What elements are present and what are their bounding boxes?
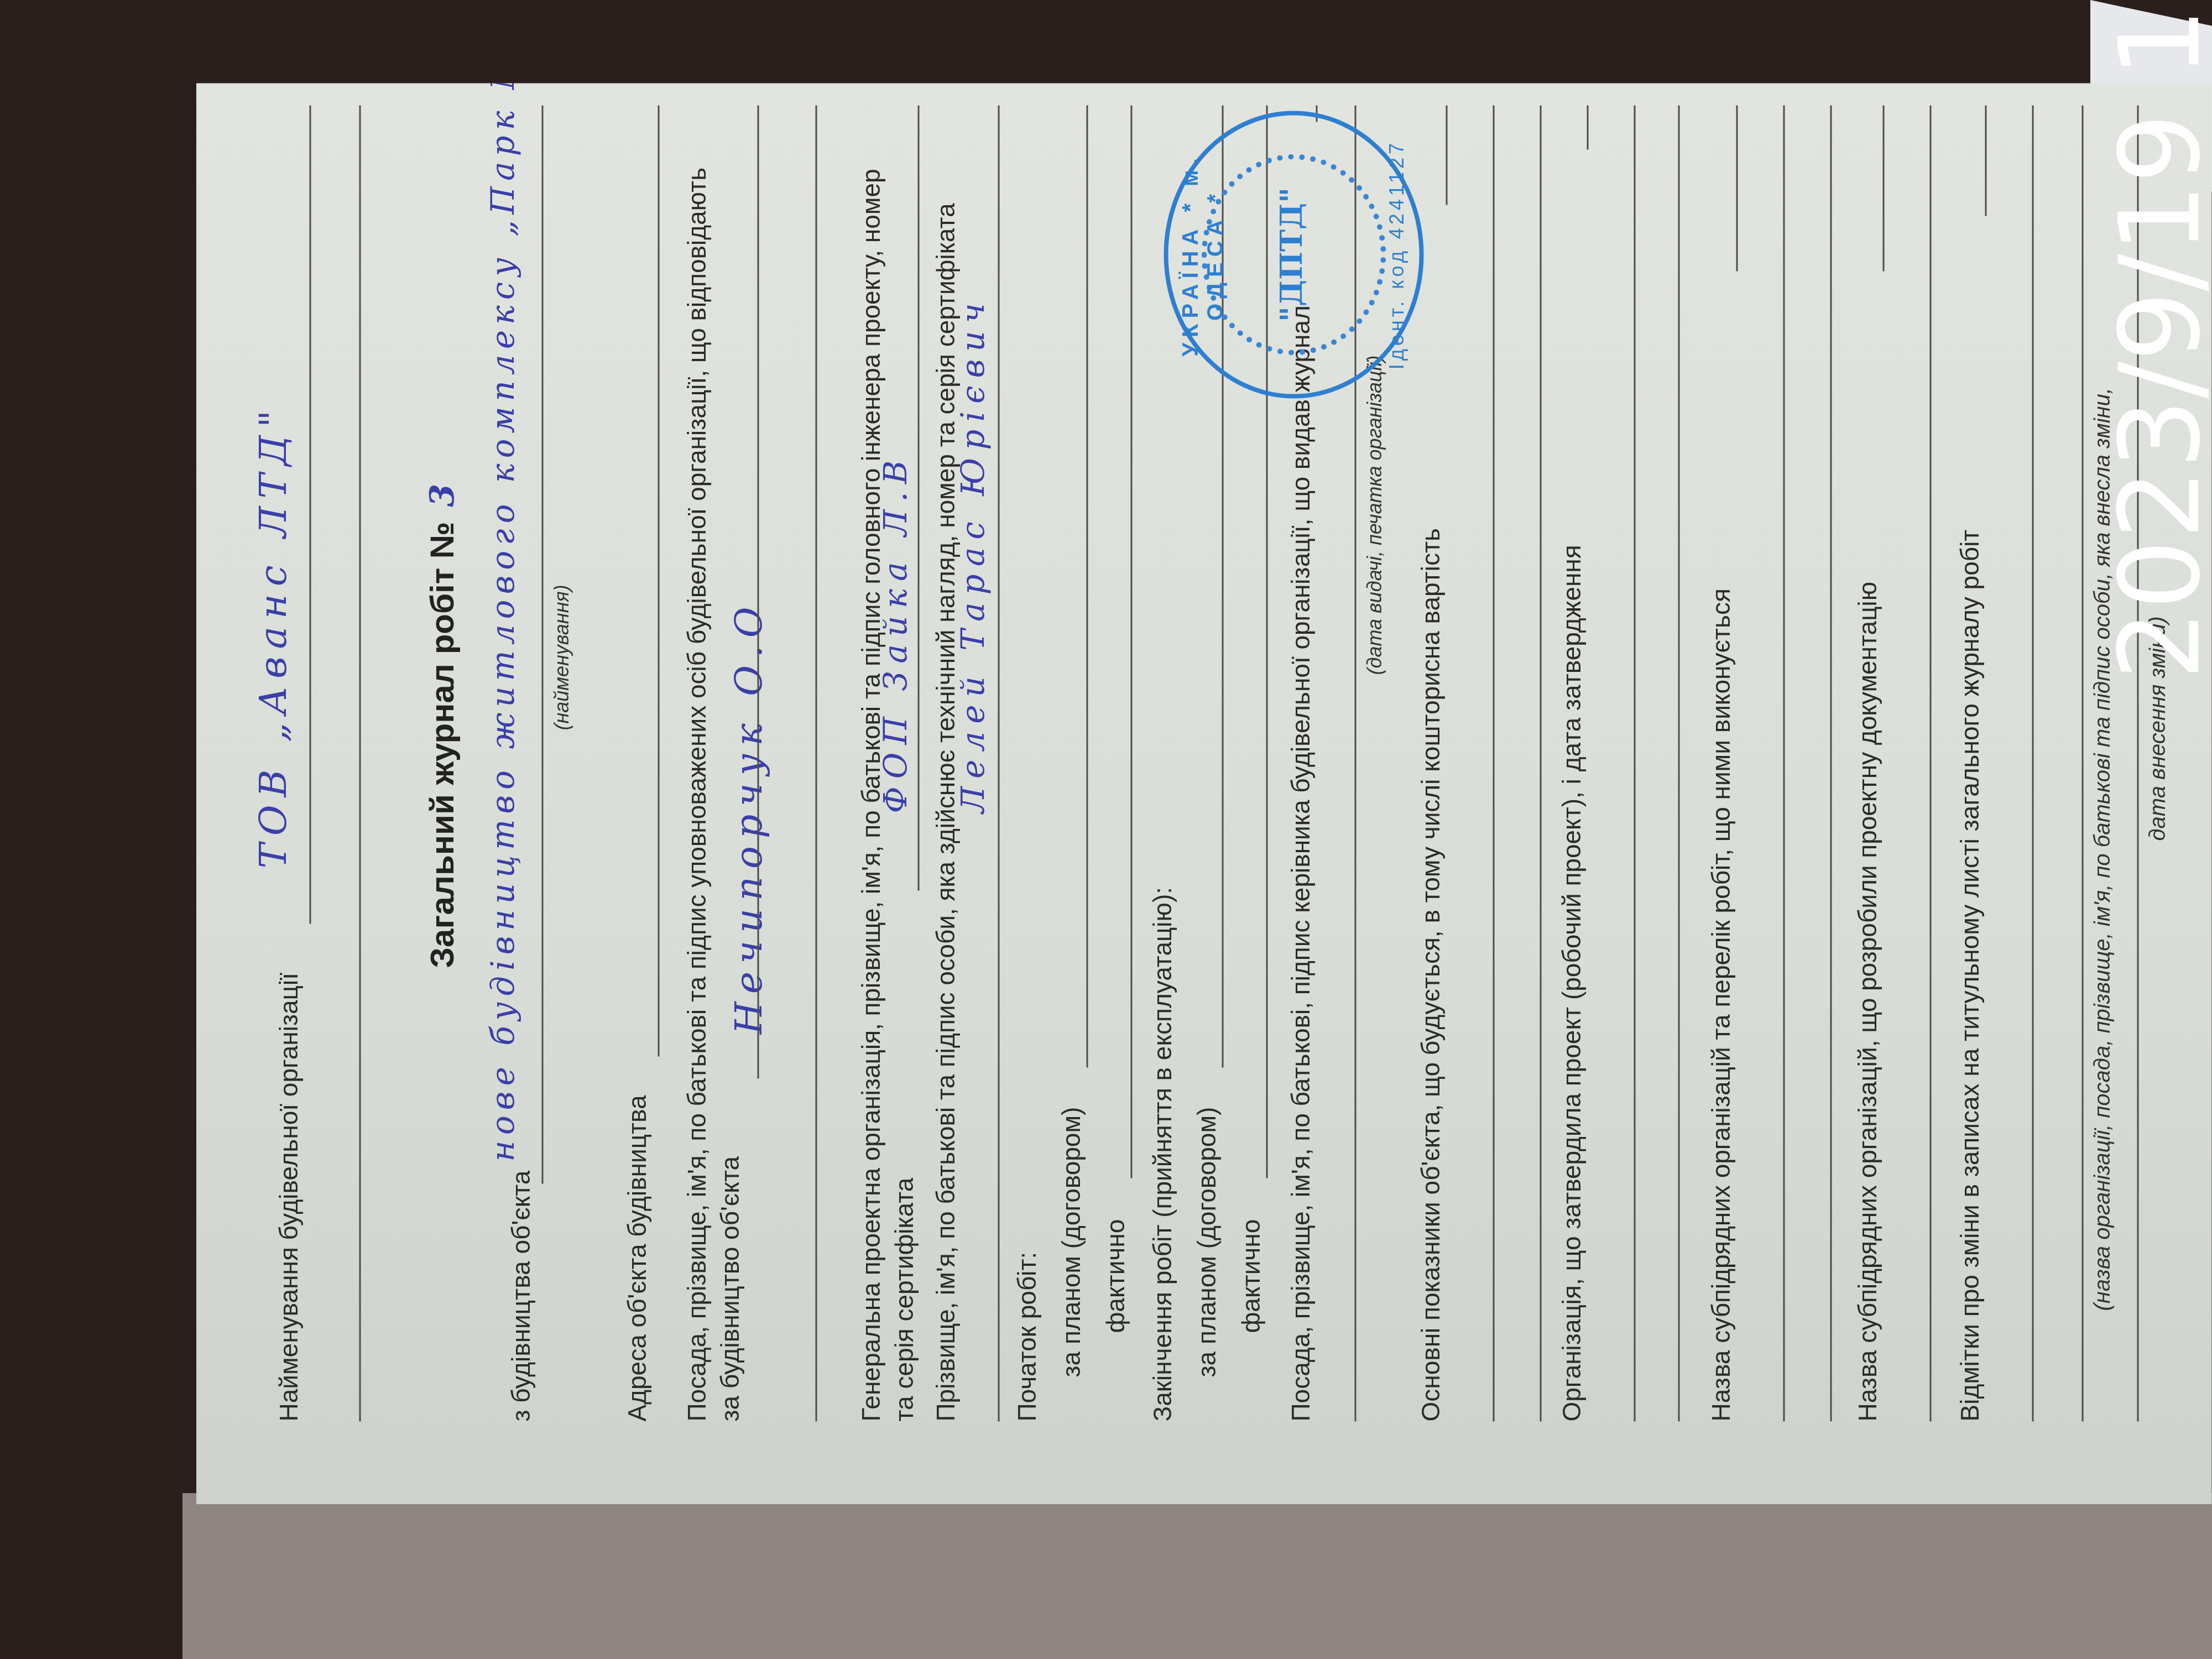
field-label: Організація, що затвердила проект (робоч… [1557, 545, 1586, 1421]
underline [310, 106, 311, 924]
organization-stamp: УКРАЇНА * м. ОДЕСА * "ДПТД" Ідент. код 4… [1164, 111, 1424, 399]
field-label: Назва субпідрядних організацій та перелі… [1707, 588, 1735, 1421]
underline [1131, 106, 1133, 1178]
field-start-actual: фактично [1100, 106, 1130, 1333]
blank-line [1493, 106, 1495, 1422]
handwritten-supervisor: Лелей Тарас Юрієвич [954, 295, 992, 813]
field-label: Посада, прізвище, ім'я, по батькові, під… [1286, 305, 1315, 1421]
field-label: з будівництва об'єкта [507, 1171, 535, 1422]
field-label: за планом (договором) [1192, 1107, 1221, 1378]
camera-timestamp: 2023/9/19 11:17 [2096, 0, 2212, 680]
underline [1446, 106, 1448, 205]
caption: (дата видачі, печатка організації) [1363, 355, 1386, 675]
page-title: Загальний журнал робіт № 3 [423, 476, 462, 968]
field-sub-designers: Назва субпідрядних організацій, що розро… [1853, 106, 1882, 1422]
stamp-top-text: УКРАЇНА * м. ОДЕСА * [1178, 116, 1228, 394]
blank-line [1678, 106, 1680, 1422]
field-label: Назва субпідрядних організацій, що розро… [1853, 582, 1882, 1422]
field-start-plan: за планом (договором) [1056, 106, 1086, 1378]
field-label: Відмітки про зміни в записах на титульно… [1955, 530, 1984, 1422]
underline [1587, 106, 1589, 150]
handwritten-responsible: Нечипорчук О.О [727, 599, 771, 1035]
field-subcontractors: Назва субпідрядних організацій та перелі… [1706, 106, 1736, 1422]
blank-line [1830, 106, 1832, 1422]
handwritten-object: нове будівництво житлового комплексу „Па… [484, 83, 521, 1162]
blank-line [2032, 106, 2034, 1422]
blank-line [359, 106, 361, 1422]
underline [998, 106, 1000, 1422]
field-indicators: Основні показники об'єкта, що будується,… [1416, 106, 1446, 1422]
blank-line [1634, 106, 1636, 1422]
field-address: Адреса об'єкта будівництва [622, 106, 652, 1422]
journal-number: 3 [423, 476, 462, 507]
field-label: Адреса об'єкта будівництва [623, 1095, 651, 1421]
blank-line [2082, 106, 2084, 1422]
blank-line [816, 106, 817, 1422]
handwritten-design-org: ФОП Зайка Л.В [877, 453, 914, 813]
underline [1883, 106, 1885, 272]
field-change-notes: Відмітки про зміни в записах на титульно… [1955, 106, 1985, 1422]
blank-line [1930, 106, 1932, 1422]
field-approval: Організація, що затвердила проект (робоч… [1557, 106, 1587, 1422]
stamp-bottom-text: Ідент. код 4241127 [1385, 116, 1408, 394]
underline [758, 106, 759, 1079]
title-text: Загальний журнал робіт № [424, 521, 461, 968]
field-label: фактично [1237, 1219, 1265, 1333]
field-label: Основні показники об'єкта, що будується,… [1416, 528, 1445, 1421]
field-label: Найменування будівельної організації [274, 973, 303, 1421]
underline [918, 106, 920, 891]
field-start: Початок робіт: [1012, 106, 1042, 1422]
underline [542, 106, 544, 1184]
blank-line [1540, 106, 1542, 1422]
underline [1985, 106, 1987, 216]
book-underside [182, 1493, 2212, 1659]
blank-line [1783, 106, 1785, 1422]
field-label: за планом (договором) [1057, 1107, 1086, 1378]
field-label: фактично [1101, 1219, 1130, 1333]
underline [1736, 106, 1738, 272]
underline [1087, 106, 1088, 1068]
handwritten-organization: ТОВ „Аванс ЛТД" [252, 403, 295, 869]
caption: (найменування) [550, 585, 573, 730]
document-page: Найменування будівельної організації ТОВ… [196, 83, 2212, 1504]
underline [658, 106, 660, 1057]
stamp-center-text: "ДПТД" [1274, 116, 1309, 394]
